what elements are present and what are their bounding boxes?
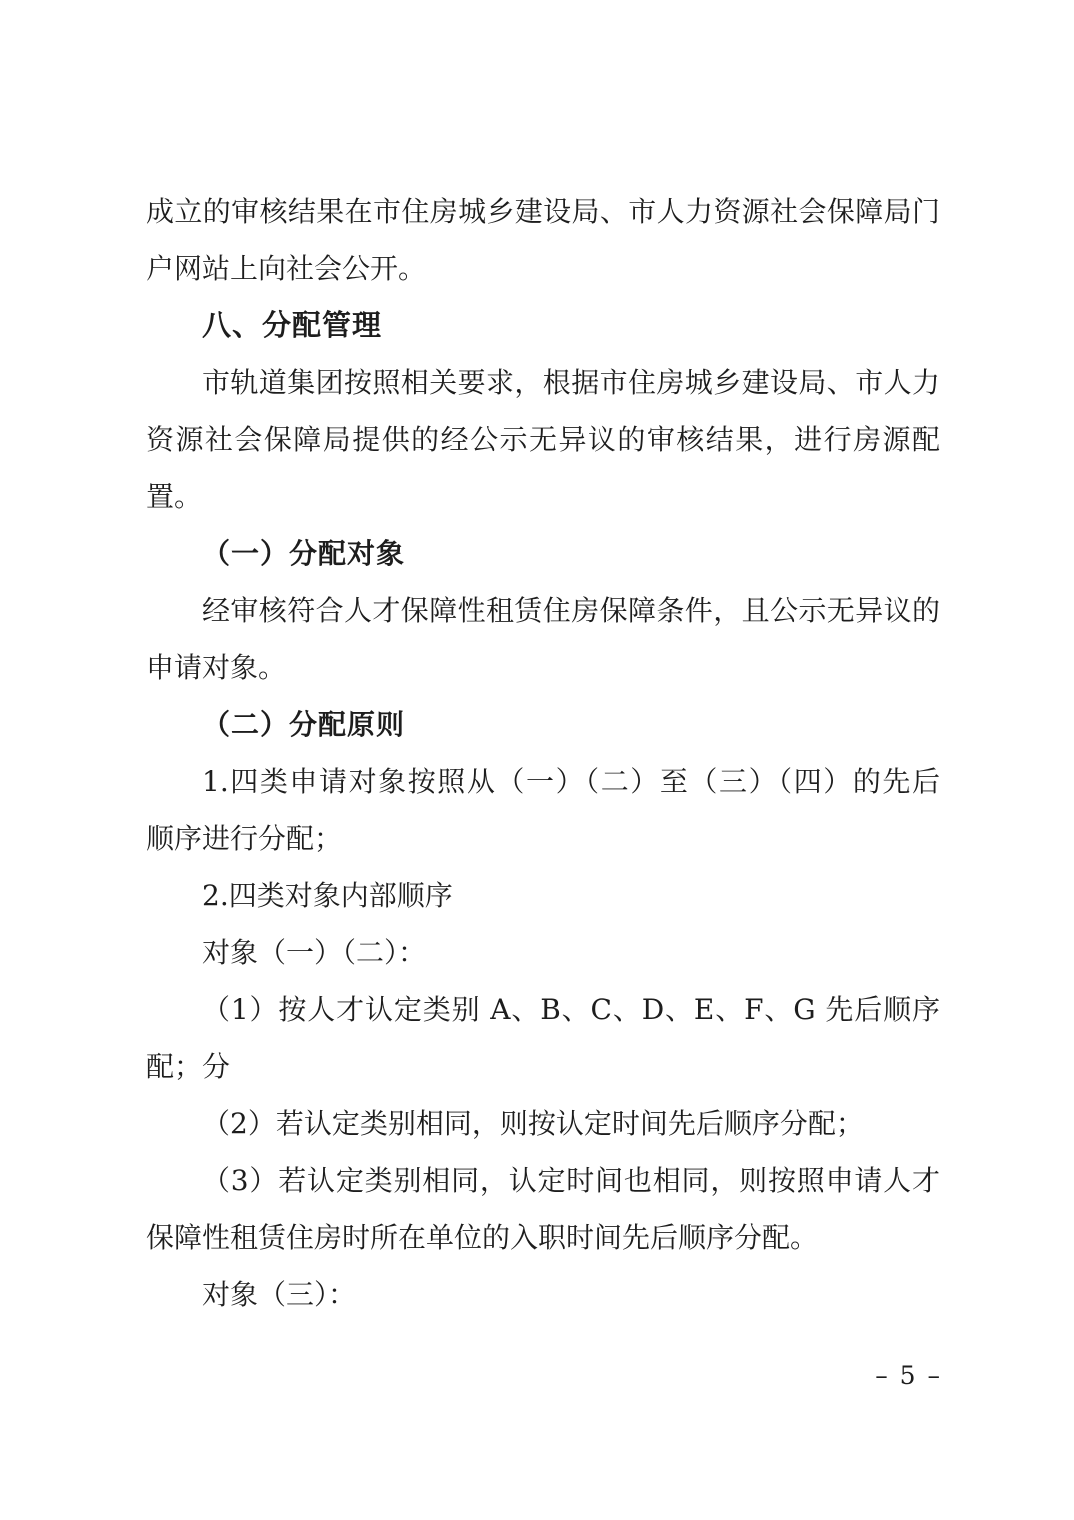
section-heading: （一）分配对象: [146, 525, 940, 582]
text-line: 市轨道集团按照相关要求，根据市住房城乡建设局、市人力: [146, 354, 940, 411]
text-line: 对象（三）：: [146, 1266, 940, 1323]
text-line: 经审核符合人才保障性租赁住房保障条件，且公示无异议的: [146, 582, 940, 639]
text-line: 户网站上向社会公开。: [146, 240, 940, 297]
text-line: 对象（一）（二）：: [146, 924, 940, 981]
text-line: 1.四类申请对象按照从（一）（二）至（三）（四）的先后: [146, 753, 940, 810]
text-line: 成立的审核结果在市住房城乡建设局、市人力资源社会保障局门: [146, 183, 940, 240]
text-line: 置。: [146, 468, 940, 525]
document-body: 成立的审核结果在市住房城乡建设局、市人力资源社会保障局门户网站上向社会公开。八、…: [146, 183, 940, 1323]
document-page: 成立的审核结果在市住房城乡建设局、市人力资源社会保障局门户网站上向社会公开。八、…: [0, 0, 1074, 1520]
text-line: 顺序进行分配；: [146, 810, 940, 867]
section-heading: （二）分配原则: [146, 696, 940, 753]
text-line: 资源社会保障局提供的经公示无异议的审核结果，进行房源配: [146, 411, 940, 468]
text-line: （3）若认定类别相同，认定时间也相同，则按照申请人才: [146, 1152, 940, 1209]
page-number: – 5 –: [875, 1361, 942, 1390]
page-footer: – 5 –: [875, 1360, 942, 1392]
text-line: 保障性租赁住房时所在单位的入职时间先后顺序分配。: [146, 1209, 940, 1266]
text-line: 2.四类对象内部顺序: [146, 867, 940, 924]
section-heading: 八、分配管理: [146, 297, 940, 354]
text-line: （2）若认定类别相同，则按认定时间先后顺序分配；: [146, 1095, 940, 1152]
text-line: 申请对象。: [146, 639, 940, 696]
text-line: 配；: [146, 1038, 940, 1095]
text-line: （1）按人才认定类别 A、B、C、D、E、F、G 先后顺序分: [146, 981, 940, 1038]
